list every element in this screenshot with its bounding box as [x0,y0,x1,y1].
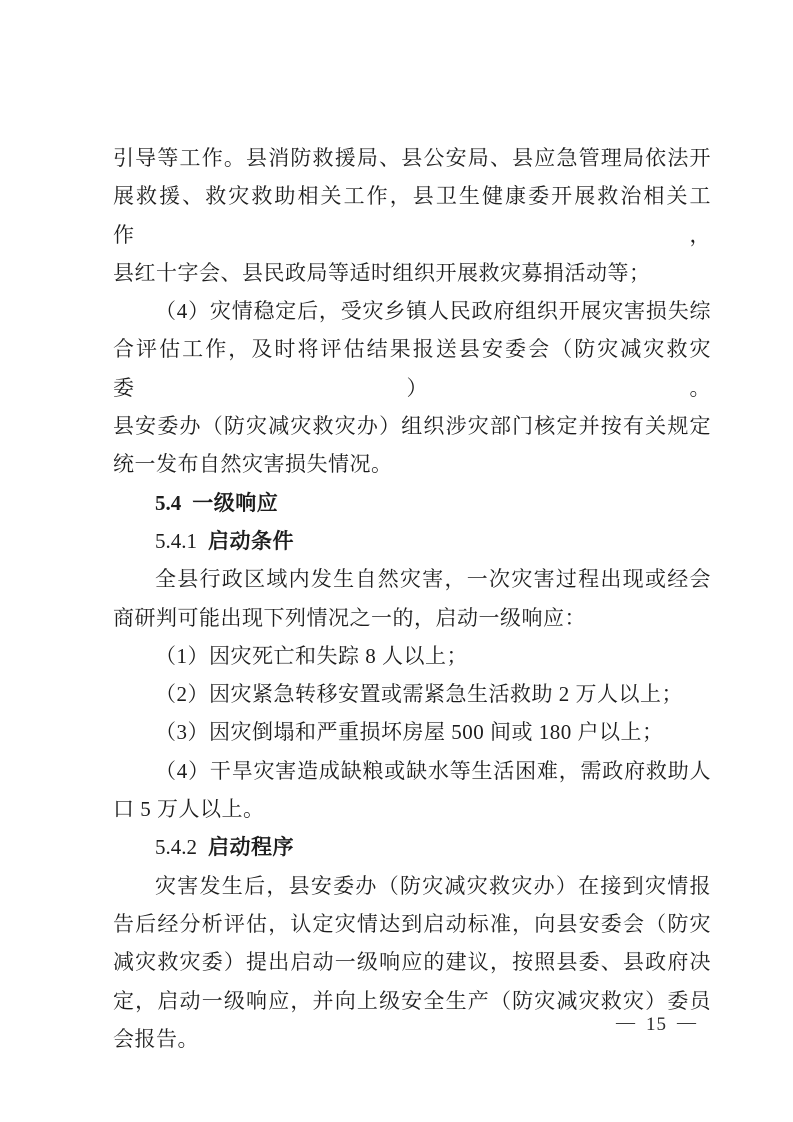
paragraph-line: 展救援、救灾救助相关工作，县卫生健康委开展救治相关工作， [113,177,711,254]
paragraph-line: 统一发布自然灾害损失情况。 [113,445,711,483]
paragraph-line: 商研判可能出现下列情况之一的，启动一级响应： [113,599,711,637]
page-number: 15 [646,1014,667,1035]
list-item: （2）因灾紧急转移安置或需紧急生活救助 2 万人以上； [113,675,711,713]
paragraph-line: 县红十字会、县民政局等适时组织开展救灾募捐活动等； [113,254,711,292]
heading-title: 一级响应 [192,491,278,515]
document-page: 引导等工作。县消防救援局、县公安局、县应急管理局依法开 展救援、救灾救助相关工作… [0,0,793,1122]
paragraph-line: （4）灾情稳定后，受灾乡镇人民政府组织开展灾害损失综 [113,292,711,330]
section-heading-5-4-1: 5.4.1启动条件 [113,522,711,560]
list-item: （1）因灾死亡和失踪 8 人以上； [113,637,711,675]
heading-title: 启动条件 [208,529,294,553]
section-heading-5-4-2: 5.4.2启动程序 [113,828,711,866]
paragraph-line: 全县行政区域内发生自然灾害，一次灾害过程出现或经会 [113,560,711,598]
paragraph-line: 减灾救灾委）提出启动一级响应的建议，按照县委、县政府决 [113,943,711,981]
page-footer: —15— [606,1014,707,1036]
footer-left-dash: — [616,1012,636,1034]
heading-number: 5.4.2 [155,835,197,859]
list-item: （3）因灾倒塌和严重损坏房屋 500 间或 180 户以上； [113,713,711,751]
paragraph-line: 引导等工作。县消防救援局、县公安局、县应急管理局依法开 [113,139,711,177]
section-heading-5-4: 5.4一级响应 [113,484,711,522]
paragraph-line: 合评估工作，及时将评估结果报送县安委会（防灾减灾救灾委）。 [113,330,711,407]
heading-title: 启动程序 [208,835,294,859]
list-item: （4）干旱灾害造成缺粮或缺水等生活困难，需政府救助人 [113,752,711,790]
list-item-continuation: 口 5 万人以上。 [113,790,711,828]
paragraph-line: 县安委办（防灾减灾救灾办）组织涉灾部门核定并按有关规定 [113,407,711,445]
heading-number: 5.4 [155,491,181,515]
document-text-body: 引导等工作。县消防救援局、县公安局、县应急管理局依法开 展救援、救灾救助相关工作… [113,139,711,1058]
footer-right-dash: — [677,1012,697,1034]
paragraph-line: 灾害发生后，县安委办（防灾减灾救灾办）在接到灾情报 [113,867,711,905]
paragraph-line: 告后经分析评估，认定灾情达到启动标准，向县安委会（防灾 [113,905,711,943]
heading-number: 5.4.1 [155,529,197,553]
